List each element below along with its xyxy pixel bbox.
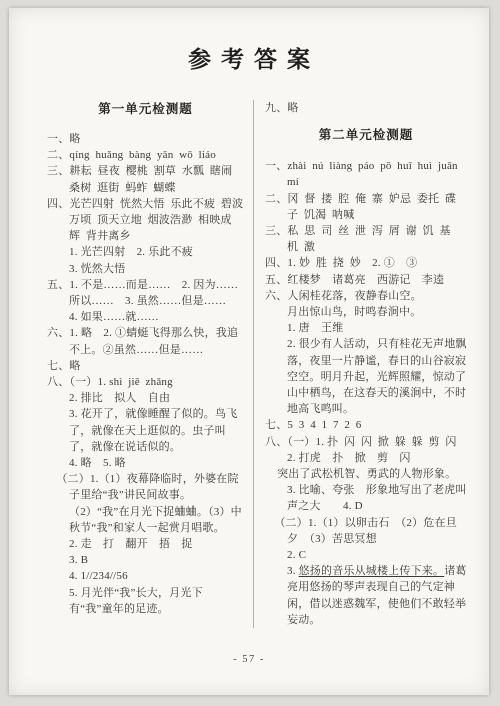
answer-line: 2. 很少有人活动，只有桂花无声地飘落，夜里一片静谧，春日的山谷寂寂空空。明月升…: [265, 336, 467, 417]
right-column: 九、略 第二单元检测题 一、zhài nú liàng páo pō huī h…: [253, 100, 467, 628]
answer-line: 七、略: [47, 358, 244, 374]
answer-line: 二、冈 督 搂 腔 俺 寨 妒忌 委托 碟子 饥渴 呐喊: [265, 191, 467, 223]
answer-line: 七、5 3 4 1 7 2 6: [265, 417, 467, 433]
answer-line: 月出惊山鸟，时鸣春涧中。: [265, 304, 467, 320]
answer-line: （二）1.（1）以卵击石 （2）危在旦夕 （3）苦思冥想: [265, 515, 467, 547]
right-column-lines: 一、zhài nú liàng páo pō huī huì juān mí二、…: [265, 158, 467, 628]
answer-line: 3. 比喻、夸张 形象地写出了老虎叫声之大 4. D: [265, 482, 467, 514]
answer-line: 3. 花开了，就像睡醒了似的。鸟飞了，就像在天上逛似的。虫子叫了，就像在说话似的…: [47, 406, 244, 455]
answer-line: 4. 1//234//56: [47, 568, 244, 584]
answer-line: 五、红楼梦 诸葛亮 西游记 李逵: [265, 272, 467, 288]
answer-line: 八、（一）1. 扑 闪 闪 掀 躲 躲 剪 闪: [265, 434, 467, 450]
answer-line: 5. 月光伴“我”长大，月光下有“我”童年的足迹。: [47, 585, 244, 617]
answer-line: 九、略: [265, 100, 467, 116]
answer-line: 五、1. 不是……而是…… 2. 因为……所以…… 3. 虽然……但是……: [47, 277, 244, 309]
answer-line: 3. 恍然大悟: [47, 261, 244, 277]
answer-line: 一、略: [47, 131, 244, 147]
answer-line: 2. C: [265, 547, 467, 563]
page-title: 参考答案: [9, 8, 489, 74]
answer-line: 四、1. 妙 胜 挠 妙 2. ① ③: [265, 255, 467, 271]
answer-line: 4. 如果……就……: [47, 309, 244, 325]
answer-line: 二、qíng huǎng bàng yān wō liáo: [47, 147, 244, 163]
answer-line: 3. B: [47, 552, 244, 568]
answer-line: 2. 走 打 翻开 捂 捉: [47, 536, 244, 552]
answer-line: 突出了武松机智、勇武的人物形象。: [265, 466, 467, 482]
answer-line: 三、私 思 司 丝 泄 泻 屑 谢 饥 基 机 激: [265, 223, 467, 255]
left-column-lines: 一、略二、qíng huǎng bàng yān wō liáo三、耕耘 昼夜 …: [47, 131, 244, 617]
answer-line: 六、人闲桂花落，夜静春山空。: [265, 288, 467, 304]
answer-line: 4. 略 5. 略: [47, 455, 244, 471]
answer-line: 3. 悠扬的音乐从城楼上传下来。诸葛亮用悠扬的琴声表现自己的气定神闲，借以迷惑魏…: [265, 563, 467, 628]
answers-body: 第一单元检测题 一、略二、qíng huǎng bàng yān wō liáo…: [9, 100, 489, 628]
right-column-pre-lines: 九、略: [265, 100, 467, 116]
page-number: - 57 -: [9, 654, 489, 665]
section-heading-unit2: 第二单元检测题: [265, 126, 467, 144]
answer-line: 八、（一）1. shì jiē zhǎng: [47, 374, 244, 390]
answer-line: 三、耕耘 昼夜 樱桃 割草 水瓢 瞎闹 桑树 逛街 蚂蚱 蝴蝶: [47, 163, 244, 195]
left-column: 第一单元检测题 一、略二、qíng huǎng bàng yān wō liáo…: [47, 100, 253, 628]
section-heading-unit1: 第一单元检测题: [47, 100, 244, 118]
answer-line: 1. 唐 王维: [265, 320, 467, 336]
answer-line: 2. 排比 拟人 自由: [47, 390, 244, 406]
answer-line: 一、zhài nú liàng páo pō huī huì juān mí: [265, 158, 467, 190]
answer-line: 1. 光芒四射 2. 乐此不疲: [47, 244, 244, 260]
answer-line: （二）1.（1）夜幕降临时，外婆在院子里给“我”讲民间故事。（2）“我”在月光下…: [47, 471, 244, 536]
answer-line: 2. 打虎 扑 掀 剪 闪: [265, 450, 467, 466]
answer-line: 六、1. 略 2. ①蜻蜓飞得那么快，我追不上。②虽然……但是……: [47, 325, 244, 357]
answer-line: 四、光芒四射 恍然大悟 乐此不疲 碧波万顷 顶天立地 烟波浩渺 相映成辉 背井离…: [47, 196, 244, 245]
page: 参考答案 第一单元检测题 一、略二、qíng huǎng bàng yān wō…: [9, 8, 489, 695]
